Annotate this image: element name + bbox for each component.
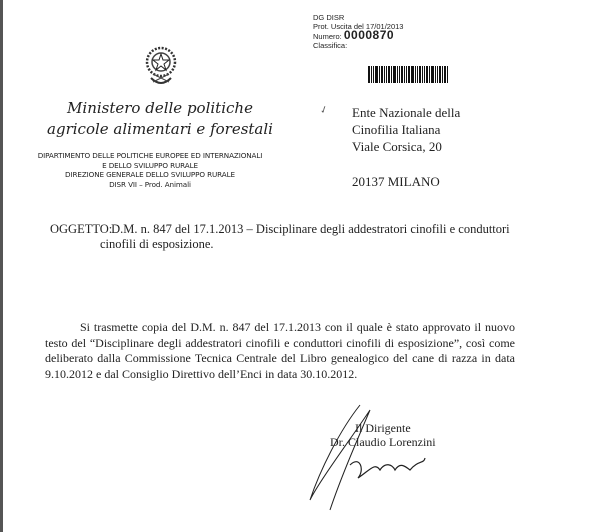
recipient-line: Cinofilia Italiana <box>352 121 460 138</box>
subject-line: D.M. n. 847 del 17.1.2013 – Disciplinare… <box>111 222 510 236</box>
body-text: Si trasmette copia del D.M. n. 847 del 1… <box>45 320 515 381</box>
ministry-line: Ministero delle politiche <box>40 98 280 119</box>
protocol-classification: Classifica: <box>313 41 403 50</box>
protocol-office: DG DISR <box>313 13 403 22</box>
scan-edge <box>0 0 3 532</box>
signer-title: Il Dirigente <box>330 421 436 435</box>
ministry-name: Ministero delle politiche agricole alime… <box>40 98 280 140</box>
recipient-line: Ente Nazionale della <box>352 104 460 121</box>
department-block: DIPARTIMENTO DELLE POLITICHE EUROPEE ED … <box>0 151 300 189</box>
department-line: DISR VII – Prod. Animali <box>0 180 300 190</box>
ministry-line: agricole alimentari e forestali <box>40 119 280 140</box>
checkmark-icon: ✓ <box>318 104 330 117</box>
recipient-line: Viale Corsica, 20 <box>352 138 460 155</box>
department-line: E DELLO SVILUPPO RURALE <box>0 161 300 171</box>
handwritten-signature <box>300 400 450 520</box>
subject-label: OGGETTO: <box>50 222 108 237</box>
italian-republic-emblem-icon <box>145 44 177 88</box>
body-paragraph: Si trasmette copia del D.M. n. 847 del 1… <box>45 320 515 382</box>
protocol-number-row: Numero: 0000870 <box>313 31 403 41</box>
signer-name: Dr. Claudio Lorenzini <box>330 435 436 449</box>
department-line: DIREZIONE GENERALE DELLO SVILUPPO RURALE <box>0 170 300 180</box>
protocol-number-label: Numero: <box>313 32 342 41</box>
protocol-number: 0000870 <box>344 28 394 42</box>
department-line: DIPARTIMENTO DELLE POLITICHE EUROPEE ED … <box>0 151 300 161</box>
subject-block: OGGETTO: D.M. n. 847 del 17.1.2013 – Dis… <box>50 222 510 252</box>
protocol-stamp: DG DISR Prot. Uscita del 17/01/2013 Nume… <box>313 13 403 50</box>
subject-line: cinofili di esposizione. <box>50 237 510 252</box>
recipient-address: Ente Nazionale della Cinofilia Italiana … <box>352 104 460 190</box>
recipient-city: 20137 MILANO <box>352 173 460 190</box>
signature-block: Il Dirigente Dr. Claudio Lorenzini <box>330 421 436 449</box>
barcode <box>368 66 449 83</box>
